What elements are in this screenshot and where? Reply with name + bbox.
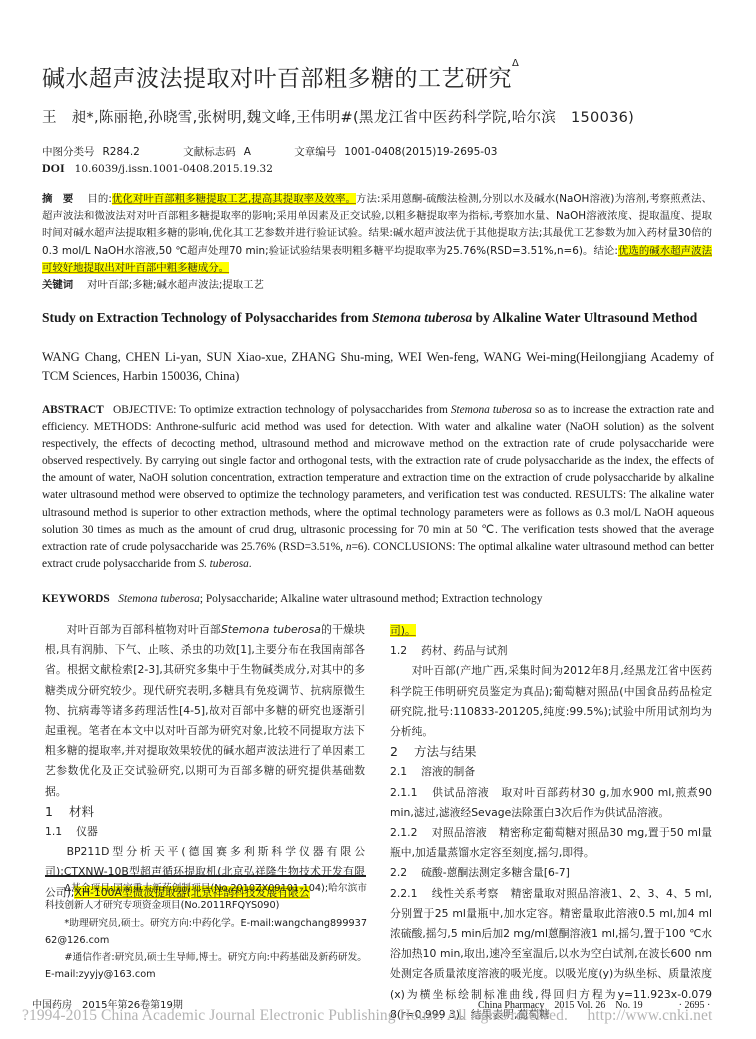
intro-text: 的干燥块根,具有润肺、下气、止咳、杀虫的功效[1],主要分布在我国南部各省。根据…: [45, 623, 365, 798]
conclusion-label: 结论:: [593, 245, 617, 257]
species-name: Stemona tuberosa: [221, 623, 321, 636]
species-abbrev: S. tuberosa: [198, 558, 248, 570]
doi-link[interactable]: 10.6039/j.issn.1001-0408.2015.19.32: [75, 163, 273, 175]
footnote-first-author: *助理研究员,硕士。研究方向:中药化学。E-mail:wangchang8999…: [45, 915, 367, 950]
highlight-instrument-cont[interactable]: 司)。: [390, 624, 416, 637]
keywords-text-en: ; Polysaccharide; Alkaline water ultraso…: [200, 593, 543, 605]
abstract-text: OBJECTIVE: To optimize extraction techno…: [113, 404, 451, 416]
chinese-abstract: 摘 要目的:优化对叶百部粗多糖提取工艺,提高其提取率及效率。方法:采用蒽酮-硫酸…: [42, 191, 712, 294]
section-heading-1-1: 1.1仪器: [45, 822, 365, 842]
section-title: 线性关系考察: [431, 887, 498, 900]
keywords-text: 对叶百部;多糖;碱水超声波法;提取工艺: [87, 279, 264, 291]
continued-line: 司)。: [390, 621, 712, 641]
english-keywords: KEYWORDS Stemona tuberosa; Polysaccharid…: [42, 593, 714, 605]
intro-text: 对叶百部为百部科植物对叶百部: [67, 623, 221, 636]
species-name: Stemona tuberosa: [372, 310, 472, 325]
article-number-label: 文章编号: [294, 146, 336, 158]
section-number: 2.1.1: [390, 786, 417, 799]
doi-label: DOI: [42, 161, 65, 175]
section-heading-1-2: 1.2药材、药品与试剂: [390, 641, 712, 661]
english-title: Study on Extraction Technology of Polysa…: [42, 308, 712, 328]
section-number: 1.1: [45, 825, 62, 838]
doi-line: DOI10.6039/j.issn.1001-0408.2015.19.32: [42, 161, 273, 176]
classification-label: 中图分类号: [42, 146, 95, 158]
objective-label: 目的:: [87, 193, 111, 205]
section-title: 药材、药品与试剂: [421, 644, 507, 657]
species-name: Stemona tuberosa: [118, 593, 200, 605]
section-title: 供试品溶液: [431, 786, 489, 799]
section-number: 2.1: [390, 765, 407, 778]
abstract-label-en: ABSTRACT: [42, 404, 104, 416]
section-title: 材料: [69, 804, 94, 819]
footnote-divider: [45, 875, 366, 877]
section-number: 2.2: [390, 866, 407, 879]
keywords-label-en: KEYWORDS: [42, 593, 110, 605]
section-number: 2: [390, 744, 398, 759]
section-number: 2.1.2: [390, 826, 417, 839]
section-number: 1.2: [390, 644, 407, 657]
intro-paragraph: 对叶百部为百部科植物对叶百部Stemona tuberosa的干燥块根,具有润肺…: [45, 620, 365, 802]
footnote-corresponding-author: #通信作者:研究员,硕士生导师,博士。研究方向:中药基础及新药研发。E-mail…: [45, 949, 367, 984]
keywords-label: 关键词: [42, 279, 73, 291]
abstract-text: .: [249, 558, 252, 570]
section-number: 1: [45, 804, 53, 819]
section-title: 仪器: [76, 825, 98, 838]
section-title: 方法与结果: [414, 744, 477, 759]
english-title-part: by Alkaline Water Ultrasound Method: [472, 310, 697, 325]
section-2-1-2: 2.1.2对照品溶液精密称定葡萄糖对照品30 mg,置于50 ml量瓶中,加适量…: [390, 823, 712, 863]
section-heading-2-2: 2.2硫酸-蒽酮法测定多糖含量[6-7]: [390, 863, 712, 883]
footnote-funding: Δ基金项目:国家重大新药创制项目(No.2010ZX09101-104);哈尔滨…: [45, 880, 367, 915]
article-metadata: 中图分类号R284.2 文献标志码A 文章编号1001-0408(2015)19…: [42, 144, 497, 159]
copyright-watermark: ?1994-2015 China Academic Journal Electr…: [22, 1003, 712, 1025]
section-heading-2: 2方法与结果: [390, 742, 712, 762]
abstract-label: 摘 要: [42, 193, 73, 205]
paper-title-text: 碱水超声波法提取对叶百部粗多糖的工艺研究: [42, 66, 512, 92]
author-list: 王 昶*,陈丽艳,孙晓雪,张树明,魏文峰,王伟明#(黑龙江省中医药科学院,哈尔滨…: [42, 106, 634, 127]
species-name: Stemona tuberosa: [451, 404, 532, 416]
body-right-column: 司)。 1.2药材、药品与试剂 对叶百部(产地广西,采集时间为2012年8月,经…: [390, 621, 712, 1025]
highlight-objective[interactable]: 优化对叶百部粗多糖提取工艺,提高其提取率及效率。: [112, 193, 356, 205]
paper-title: 碱水超声波法提取对叶百部粗多糖的工艺研究Δ: [42, 60, 519, 93]
english-title-part: Study on Extraction Technology of Polysa…: [42, 310, 372, 325]
doc-code-label: 文献标志码: [183, 146, 236, 158]
materials-paragraph: 对叶百部(产地广西,采集时间为2012年8月,经黑龙江省中医药科学院王伟明研究员…: [390, 661, 712, 742]
doc-code-value: A: [244, 146, 251, 158]
section-heading-1: 1材料: [45, 802, 365, 822]
section-title: 对照品溶液: [431, 826, 486, 839]
section-2-1-1: 2.1.1供试品溶液取对叶百部药材30 g,加水900 ml,煎煮90 min,…: [390, 783, 712, 823]
section-heading-2-1: 2.1溶液的制备: [390, 762, 712, 782]
english-author-list: WANG Chang, CHEN Li-yan, SUN Xiao-xue, Z…: [42, 348, 714, 385]
classification-value: R284.2: [103, 146, 140, 158]
footnotes: Δ基金项目:国家重大新药创制项目(No.2010ZX09101-104);哈尔滨…: [45, 880, 367, 984]
section-title: 硫酸-蒽酮法测定多糖含量[6-7]: [421, 866, 570, 879]
section-title: 溶液的制备: [421, 765, 475, 778]
abstract-text: so as to increase the extraction rate an…: [42, 404, 714, 553]
title-funding-mark: Δ: [512, 58, 519, 69]
english-abstract: ABSTRACT OBJECTIVE: To optimize extracti…: [42, 402, 714, 573]
article-number-value: 1001-0408(2015)19-2695-03: [344, 146, 497, 158]
section-number: 2.2.1: [390, 887, 417, 900]
body-left-column: 对叶百部为百部科植物对叶百部Stemona tuberosa的干燥块根,具有润肺…: [45, 620, 365, 903]
